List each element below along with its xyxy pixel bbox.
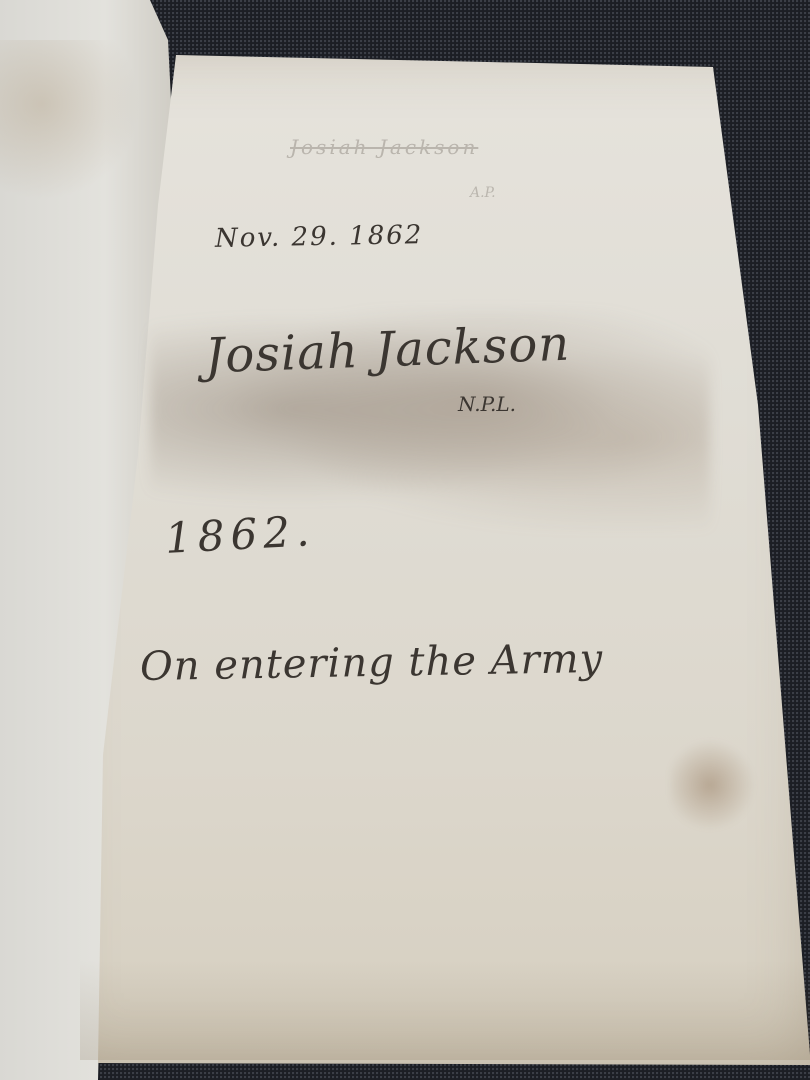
year-inscription: 1862. (164, 506, 317, 563)
purpose-inscription: On entering the Army (140, 636, 604, 690)
erased-inscription: Josiah Jackson (290, 135, 478, 159)
photo-scene: Josiah Jackson A.P. Nov. 29. 1862 Josiah… (0, 0, 810, 1080)
erased-inscription-sub: A.P. (470, 185, 496, 201)
signature-initials: N.P.L. (458, 392, 516, 416)
foxing-spots (670, 740, 770, 830)
left-page-stain (0, 40, 140, 200)
page-bottom-shadow (80, 960, 810, 1060)
date-inscription: Nov. 29. 1862 (215, 220, 424, 254)
